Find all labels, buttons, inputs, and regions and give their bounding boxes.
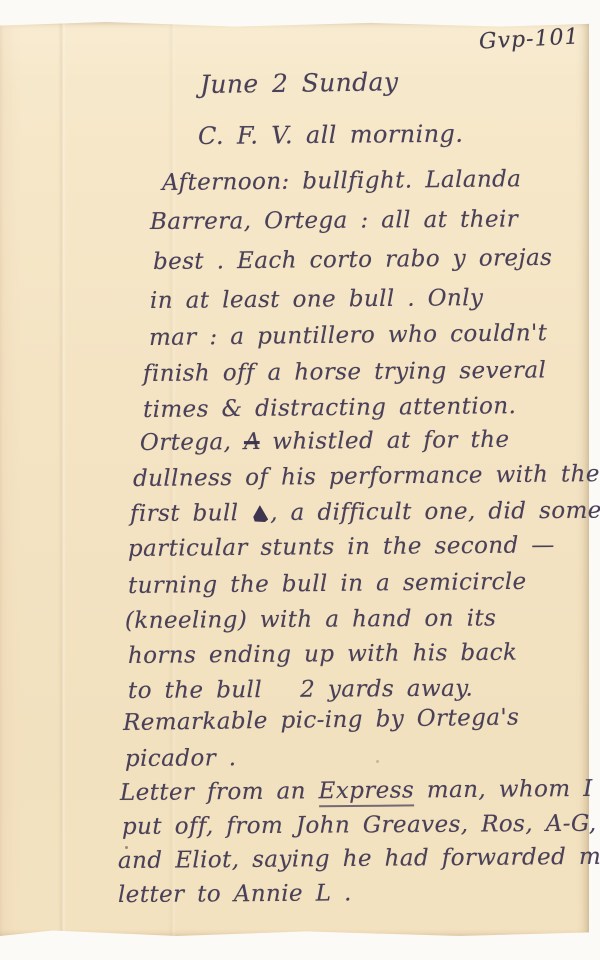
- handwriting-text: put off, from John Greaves, Ros, A-G,: [122, 811, 597, 840]
- handwriting-text: Afternoon: bullfight. Lalanda: [162, 166, 522, 196]
- manuscript-line: and Eliot, saying he had forwarded my: [118, 844, 600, 874]
- manuscript-line: turning the bull in a semicircle: [128, 569, 527, 599]
- manuscript-line: in at least one bull . Only: [150, 285, 484, 314]
- manuscript-line: Letter from an Express man, whom I: [120, 776, 593, 806]
- handwriting-text: Ortega,: [140, 429, 244, 456]
- handwriting-text: first bull: [130, 500, 251, 527]
- manuscript-line: finish off a horse trying several: [143, 357, 546, 387]
- handwriting-text: particular stunts in the second —: [128, 532, 555, 562]
- handwriting-text: horns ending up with his back: [128, 640, 518, 669]
- handwriting-text: letter to Annie L .: [118, 880, 352, 908]
- manuscript-line: (kneeling) with a hand on its: [125, 605, 496, 634]
- scanned-page: Gvp-101 June 2 SundayC. F. V. all mornin…: [0, 0, 600, 960]
- manuscript-line: Remarkable pic-ing by Ortega's: [123, 704, 520, 736]
- handwriting-text: in at least one bull . Only: [150, 285, 484, 314]
- handwriting-text: best . Each corto rabo y orejas: [153, 245, 553, 275]
- handwriting-text: whistled at for the: [259, 427, 509, 455]
- manuscript-line: put off, from John Greaves, Ros, A-G,: [122, 811, 597, 840]
- manuscript-line: Afternoon: bullfight. Lalanda: [162, 166, 522, 196]
- manuscript-line: first bull , a difficult one, did some: [130, 498, 600, 527]
- handwriting-text: , a difficult one, did some: [270, 498, 600, 526]
- manuscript-line: letter to Annie L .: [118, 880, 352, 908]
- handwriting-text: turning the bull in a semicircle: [128, 569, 527, 599]
- catalog-number: Gvp-101: [478, 24, 580, 54]
- handwriting-text: C. F. V. all morning.: [198, 120, 464, 150]
- handwriting-text: picador .: [125, 745, 237, 772]
- handwriting-text: mar : a puntillero who couldn't: [149, 320, 548, 351]
- handwriting-text: Letter from an: [120, 778, 319, 806]
- manuscript-line: dullness of his performance with the: [133, 461, 600, 492]
- crossed-out-word: A: [244, 429, 260, 455]
- manuscript-line: best . Each corto rabo y orejas: [153, 245, 553, 275]
- handwriting-text: dullness of his performance with the: [133, 461, 600, 492]
- handwriting-text: man, whom I: [414, 776, 593, 804]
- handwriting-text: times & distracting attention.: [143, 393, 517, 423]
- handwriting-text: and Eliot, saying he had forwarded my: [118, 844, 600, 874]
- manuscript-line: mar : a puntillero who couldn't: [149, 320, 548, 351]
- handwriting-text: Barrera, Ortega : all at their: [150, 206, 518, 235]
- manuscript-line: Barrera, Ortega : all at their: [150, 206, 518, 235]
- underlined-word: Express: [318, 777, 414, 807]
- handwriting-text: finish off a horse trying several: [143, 357, 546, 387]
- manuscript-line: to the bull 2 yards away.: [128, 676, 473, 704]
- paper-speck: [376, 760, 379, 763]
- manuscript-line: C. F. V. all morning.: [198, 120, 464, 150]
- manuscript-line: picador .: [125, 745, 237, 772]
- handwriting-text: Remarkable pic-ing by Ortega's: [123, 704, 520, 736]
- manuscript-line: particular stunts in the second —: [128, 532, 555, 562]
- manuscript-line: times & distracting attention.: [143, 393, 517, 423]
- handwriting-text: June 2 Sunday: [200, 67, 399, 99]
- manuscript-line: Ortega, A whistled at for the: [140, 427, 510, 456]
- manuscript-line: June 2 Sunday: [200, 67, 399, 99]
- handwriting-text: (kneeling) with a hand on its: [125, 605, 496, 634]
- paper-crease: [58, 22, 66, 936]
- handwriting-text: to the bull 2 yards away.: [128, 676, 473, 704]
- ink-blot: [253, 505, 268, 522]
- manuscript-line: horns ending up with his back: [128, 640, 518, 669]
